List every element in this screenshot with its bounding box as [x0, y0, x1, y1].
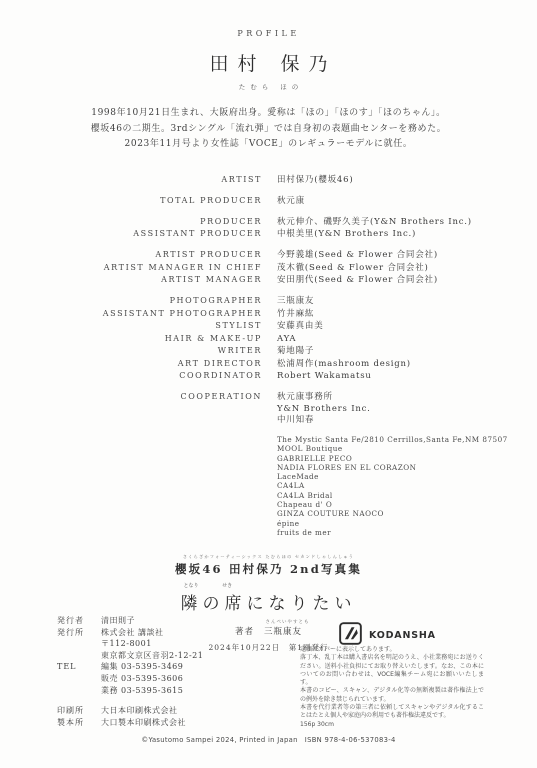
credit-role: PHOTOGRAPHER: [0, 295, 262, 307]
fine-print-line: 156p 30cm: [300, 721, 484, 729]
publisher-label: 発行者: [57, 615, 91, 627]
credit-value: Robert Wakamatsu: [277, 371, 372, 383]
publisher-row: 製本所 大口製本印刷株式会社: [57, 717, 203, 729]
credit-row: COOPERATION 秋元康事務所: [0, 391, 537, 404]
vendor-item: NADIA FLORES EN EL CORAZON: [277, 463, 537, 472]
artist-name: 田村 保乃: [0, 49, 537, 76]
credit-value: 安藤真由美: [277, 321, 324, 333]
credit-group-total-producer: TOTAL PRODUCER 秋元康: [0, 195, 537, 208]
credit-row: PHOTOGRAPHER 三瓶康友: [0, 295, 537, 308]
artist-bio: 1998年10月21日生まれ、大阪府出身。愛称は「ほの」「ほのす」「ほのちゃん」…: [0, 106, 537, 153]
credit-group-artist: ARTIST 田村保乃(櫻坂46): [0, 174, 537, 187]
vendor-item: Chapeau d' O: [277, 500, 537, 509]
publisher-value: 大日本印刷株式会社: [101, 705, 178, 717]
bio-line: 2023年11月号より女性誌「VOCE」のレギュラーモデルに就任。: [0, 137, 537, 153]
credit-value: 秋元伸介、磯野久美子(Y&N Brothers Inc.): [277, 217, 472, 229]
credit-value: 松浦周作(mashroom design): [277, 359, 411, 371]
publisher-label: [57, 673, 91, 685]
credit-value: 安田朋代(Seed & Flower 合同会社): [277, 275, 438, 287]
credit-value: 中川知春: [277, 415, 314, 427]
credit-role: HAIR & MAKE-UP: [0, 333, 262, 345]
credit-role: PRODUCER: [0, 216, 262, 228]
credit-role: ARTIST PRODUCER: [0, 249, 262, 261]
fine-print: 定価はカバーに表示してあります。 落丁本、乱丁本は購入書店名を明記のうえ、小社業…: [300, 646, 484, 729]
credit-row: WRITER 菊地陽子: [0, 345, 537, 358]
author-name: 三瓶康友: [264, 627, 302, 637]
title-furigana: となり せき: [184, 582, 354, 589]
publisher-row: 発行所 株式会社 講談社: [57, 627, 203, 639]
author-label: 著者: [235, 627, 254, 637]
publisher-value: 販売 03-5395-3606: [101, 673, 183, 685]
credit-value: 秋元康: [277, 196, 305, 208]
fine-print-line: 本書を代行業者等の第三者に依頼してスキャンやデジタル化することはたとえ個人や家庭…: [300, 704, 484, 721]
credit-value: 今野義雄(Seed & Flower 合同会社): [277, 250, 438, 262]
credit-value: 菊地陽子: [277, 346, 314, 358]
fine-print-line: 本書のコピー、スキャン、デジタル化等の無断複製は著作権法上での例外を除き禁じられ…: [300, 687, 484, 704]
publisher-label: [57, 650, 91, 662]
publisher-block: 発行者 清田則子 発行所 株式会社 講談社 〒112-8001 東京都文京区音羽…: [57, 615, 203, 728]
credit-row: ASSISTANT PRODUCER 中根美里(Y&N Brothers Inc…: [0, 228, 537, 241]
credit-role: ARTIST: [0, 174, 262, 186]
vendor-item: GINZA COUTURE NAOCO: [277, 509, 537, 518]
vendor-item: LaceMade: [277, 472, 537, 481]
credit-role: TOTAL PRODUCER: [0, 195, 262, 207]
vendor-item: épine: [277, 519, 537, 528]
credit-value: 田村保乃(櫻坂46): [277, 175, 353, 187]
credit-role: ARTIST MANAGER: [0, 274, 262, 286]
credit-role: ART DIRECTOR: [0, 358, 262, 370]
credit-value: 三瓶康友: [277, 296, 314, 308]
credit-value: 秋元康事務所: [277, 392, 333, 404]
vendor-item: MOOL Boutique: [277, 444, 537, 453]
credit-role: ARTIST MANAGER IN CHIEF: [0, 262, 262, 274]
credit-row: Y&N Brothers Inc.: [0, 404, 537, 416]
series-title: 櫻坂46 田村保乃 2nd写真集: [0, 561, 537, 577]
vendor-item: CA4LA: [277, 481, 537, 490]
bio-line: 櫻坂46の二期生。3rdシングル「流れ弾」では自身初の表題曲センターを務めた。: [0, 122, 537, 138]
credit-value: 中根美里(Y&N Brothers Inc.): [277, 229, 416, 241]
credit-value: 竹井麻紘: [277, 309, 314, 321]
credit-role: STYLIST: [0, 320, 262, 332]
artist-name-kana: たむら ほの: [0, 82, 537, 91]
publisher-label: 発行所: [57, 627, 91, 639]
vendor-item: fruits de mer: [277, 528, 537, 537]
publisher-value: 編集 03-5395-3469: [101, 661, 183, 673]
publisher-value: 株式会社 講談社: [101, 627, 164, 639]
vendor-item: GABRIELLE PECO: [277, 454, 537, 463]
credit-row: STYLIST 安藤真由美: [0, 320, 537, 333]
credit-role: WRITER: [0, 345, 262, 357]
fine-print-line: 落丁本、乱丁本は購入書店名を明記のうえ、小社業務宛にお送りください。送料小社負担…: [300, 654, 484, 687]
publisher-row: 発行者 清田則子: [57, 615, 203, 627]
publisher-row: 販売 03-5395-3606: [57, 673, 203, 685]
credit-value: 茂木徹(Seed & Flower 合同会社): [277, 263, 429, 275]
credit-group-management: ARTIST PRODUCER 今野義雄(Seed & Flower 合同会社)…: [0, 249, 537, 287]
credit-group-cooperation: COOPERATION 秋元康事務所 Y&N Brothers Inc. 中川知…: [0, 391, 537, 427]
publisher-label: 製本所: [57, 717, 91, 729]
publisher-row: TEL 編集 03-5395-3469: [57, 661, 203, 673]
publisher-value: 大口製本印刷株式会社: [101, 717, 186, 729]
publisher-row: 東京都文京区音羽2-12-21: [57, 650, 203, 662]
publisher-label: TEL: [57, 661, 91, 673]
credit-group-production-staff: PHOTOGRAPHER 三瓶康友 ASSISTANT PHOTOGRAPHER…: [0, 295, 537, 383]
credit-role: COORDINATOR: [0, 370, 262, 382]
credit-row: ARTIST 田村保乃(櫻坂46): [0, 174, 537, 187]
publisher-value: 業務 03-5395-3615: [101, 685, 183, 697]
credit-row: ARTIST MANAGER 安田朋代(Seed & Flower 合同会社): [0, 274, 537, 287]
credit-row: ASSISTANT PHOTOGRAPHER 竹井麻紘: [0, 308, 537, 321]
credit-group-producers: PRODUCER 秋元伸介、磯野久美子(Y&N Brothers Inc.) A…: [0, 216, 537, 241]
credit-role: ASSISTANT PRODUCER: [0, 228, 262, 240]
copyright-isbn-line: ©Yasutomo Sampei 2024, Printed in Japan …: [0, 734, 537, 744]
credit-role: ASSISTANT PHOTOGRAPHER: [0, 308, 262, 320]
credit-row: ARTIST MANAGER IN CHIEF 茂木徹(Seed & Flowe…: [0, 262, 537, 275]
book-main-title: 隣の席になりたい: [0, 589, 537, 614]
credit-row: ART DIRECTOR 松浦周作(mashroom design): [0, 358, 537, 371]
vendor-item: The Mystic Santa Fe/2810 Cerrillos,Santa…: [277, 435, 537, 444]
series-furigana: さくらざかフォーティーシックス たむらほの セカンドしゃしんしゅう: [0, 554, 537, 560]
kodansha-wordmark: KODANSHA: [369, 630, 436, 641]
cooperation-vendor-list: The Mystic Santa Fe/2810 Cerrillos,Santa…: [277, 435, 537, 537]
publisher-value: 清田則子: [101, 615, 135, 627]
profile-label: PROFILE: [0, 29, 537, 38]
credit-row: HAIR & MAKE-UP AYA: [0, 333, 537, 346]
publisher-row: 業務 03-5395-3615: [57, 685, 203, 697]
credit-role: COOPERATION: [0, 391, 262, 403]
publisher-row: 印刷所 大日本印刷株式会社: [57, 705, 203, 717]
credit-value: Y&N Brothers Inc.: [277, 404, 371, 416]
publisher-row: 〒112-8001: [57, 638, 203, 650]
kodansha-logo-icon: [339, 622, 362, 649]
credit-row: 中川知春: [0, 415, 537, 427]
colophon-page: PROFILE 田村 保乃 たむら ほの 1998年10月21日生まれ、大阪府出…: [0, 0, 537, 768]
publisher-value: 〒112-8001: [101, 638, 152, 650]
kodansha-logo-block: KODANSHA: [339, 622, 436, 649]
credit-row: COORDINATOR Robert Wakamatsu: [0, 370, 537, 383]
credit-row: ARTIST PRODUCER 今野義雄(Seed & Flower 合同会社): [0, 249, 537, 262]
staff-credits: ARTIST 田村保乃(櫻坂46) TOTAL PRODUCER 秋元康 PRO…: [0, 174, 537, 538]
credit-value: AYA: [277, 334, 296, 346]
bio-line: 1998年10月21日生まれ、大阪府出身。愛称は「ほの」「ほのす」「ほのちゃん」…: [0, 106, 537, 122]
credit-row: PRODUCER 秋元伸介、磯野久美子(Y&N Brothers Inc.): [0, 216, 537, 229]
credit-row: TOTAL PRODUCER 秋元康: [0, 195, 537, 208]
publisher-value: 東京都文京区音羽2-12-21: [101, 650, 203, 662]
vendor-item: CA4LA Bridal: [277, 491, 537, 500]
publisher-label: [57, 638, 91, 650]
publisher-label: [57, 685, 91, 697]
publisher-label: 印刷所: [57, 705, 91, 717]
